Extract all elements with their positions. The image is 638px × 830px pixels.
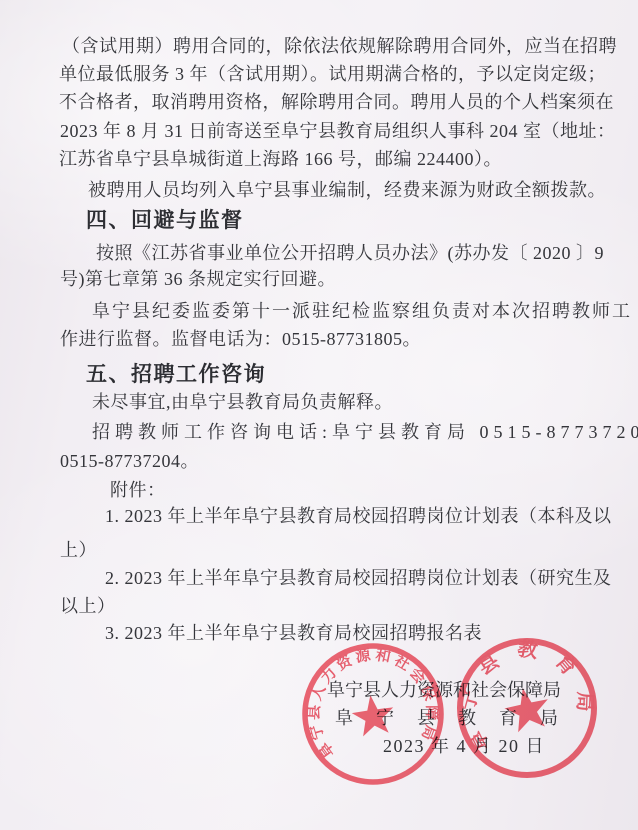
doc-line: 不合格者，取消聘用资格，解除聘用合同。聘用人员的个人档案须在 [59,89,614,115]
attachments-label: 附件： [110,477,166,503]
doc-line: 未尽事宜,由阜宁县教育局负责解释。 [92,389,393,415]
doc-line: 2023 年 8 月 31 日前寄送至阜宁县教育局组织人事科 204 室（地址： [60,118,616,144]
doc-line: 阜宁县纪委监委第十一派驻纪检监察组负责对本次招聘教师工 [92,298,632,324]
section-heading-avoidance-supervision: 四、回避与监督 [86,207,244,233]
doc-line: 0515-87737204。 [60,448,199,474]
doc-line: 号)第七章第 36 条规定实行回避。 [60,266,336,292]
seal-star [501,684,553,734]
doc-line: （含试用期）聘用合同的，除依法依规解除聘用合同外，应当在招聘 [62,33,617,59]
attachment-item: 2. 2023 年上半年阜宁县教育局校园招聘岗位计划表（研究生及 [105,565,612,591]
funing-hrss-seal: 阜宁县人力资源和社会保障局 [296,637,450,791]
seal-star [350,692,397,737]
doc-line: 江苏省阜宁县阜城街道上海路 166 号，邮编 224400）。 [59,146,502,172]
doc-line: 单位最低服务 3 年（含试用期）。试用期满合格的，予以定岗定级； [59,61,606,87]
attachment-item-continuation: 以上） [60,593,116,619]
funing-education-seal: 阜宁县教育局 [452,634,602,784]
doc-line: 被聘用人员均列入阜宁县事业编制，经费来源为财政全额拨款。 [88,177,606,203]
attachment-item: 1. 2023 年上半年阜宁县教育局校园招聘岗位计划表（本科及以 [105,503,612,529]
scanned-document-page: （含试用期）聘用合同的，除依法依规解除聘用合同外，应当在招聘 单位最低服务 3 … [0,0,638,830]
doc-line: 招聘教师工作咨询电话:阜宁县教育局 0515-87737203、 [92,419,638,445]
attachment-item-continuation: 上） [60,537,97,563]
doc-line: 按照《江苏省事业单位公开招聘人员办法》(苏办发〔 2020 〕9 [96,240,604,266]
doc-line: 作进行监督。监督电话为：0515-87731805。 [60,326,421,352]
section-heading-consultation: 五、招聘工作咨询 [86,361,266,387]
